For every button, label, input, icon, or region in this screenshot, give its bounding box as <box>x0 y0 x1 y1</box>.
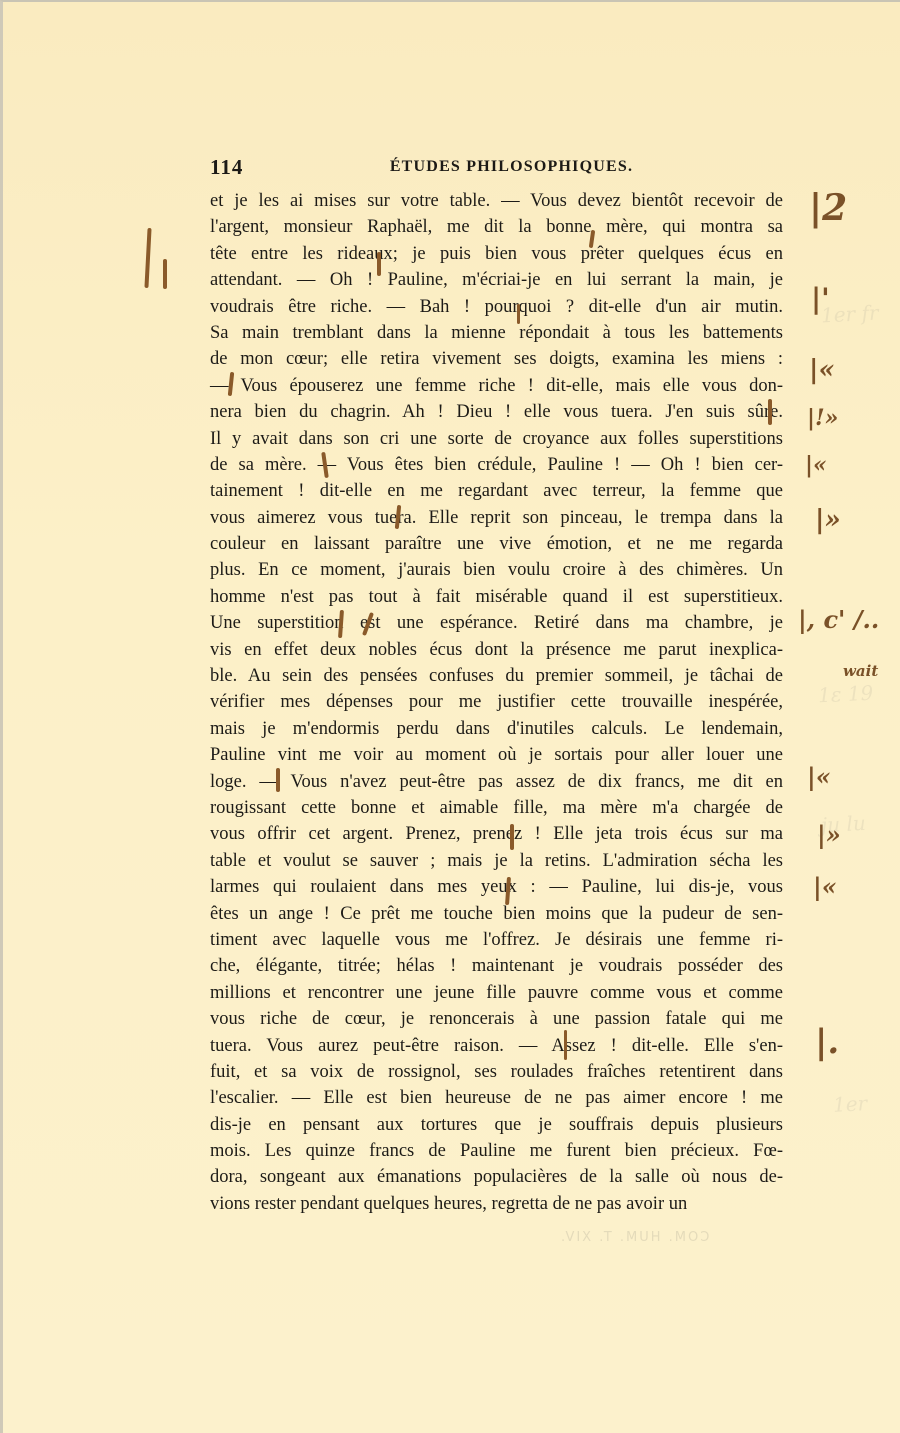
bleed-through-handwriting: 1ε 19 <box>817 681 873 708</box>
text-line: Il y avait dans son cri une sorte de cro… <box>210 426 783 452</box>
text-line: vous aimerez vous tuera. Elle reprit son… <box>210 505 783 531</box>
text-line: mois. Les quinze francs de Pauline me fu… <box>210 1138 783 1164</box>
margin-annotation-right: |» <box>817 820 841 849</box>
text-line: vions rester pendant quelques heures, re… <box>210 1191 783 1217</box>
text-line: larmes qui roulaient dans mes yeux : — P… <box>210 874 783 900</box>
margin-annotation-right: wait <box>843 662 878 680</box>
text-line: Une superstition est une espérance. Reti… <box>210 610 783 636</box>
margin-annotation-right: |» <box>815 505 841 535</box>
text-line: plus. En ce moment, j'aurais bien voulu … <box>210 557 783 583</box>
text-line: voudrais être riche. — Bah ! pourquoi ? … <box>210 294 783 320</box>
proof-mark <box>510 824 514 850</box>
text-line: vérifier mes dépenses pour me justifier … <box>210 689 783 715</box>
text-line: tainement ! dit-elle en me regardant ave… <box>210 478 783 504</box>
text-line: millions et rencontrer une jeune fille p… <box>210 980 783 1006</box>
text-line: ble. Au sein des pensées confuses du pre… <box>210 663 783 689</box>
text-line: de mon cœur; elle retira vivement ses do… <box>210 346 783 372</box>
margin-annotation-right: |« <box>809 355 835 385</box>
proof-mark <box>768 399 772 425</box>
running-head: ÉTUDES PHILOSOPHIQUES. <box>210 158 783 176</box>
text-line: Pauline vint me voir au moment où je sor… <box>210 742 783 768</box>
text-line: êtes un ange ! Ce prêt me touche bien mo… <box>210 901 783 927</box>
bleed-through-handwriting: 1er <box>832 1091 867 1117</box>
margin-annotation-left <box>144 228 151 288</box>
proof-mark <box>564 1030 567 1060</box>
text-line: attendant. — Oh ! Pauline, m'écriai-je e… <box>210 267 783 293</box>
text-line: l'escalier. — Elle est bien heureuse de … <box>210 1085 783 1111</box>
text-line: loge. — Vous n'avez peut-être pas assez … <box>210 769 783 795</box>
margin-annotation-right: |« <box>813 872 837 901</box>
text-line: couleur en laissant paraître une vive ém… <box>210 531 783 557</box>
margin-annotation-right: |« <box>807 762 831 791</box>
text-line: Sa main tremblant dans la mienne réponda… <box>210 320 783 346</box>
text-line: table et voulut se sauver ; mais je la r… <box>210 848 783 874</box>
text-line: nera bien du chagrin. Ah ! Dieu ! elle v… <box>210 399 783 425</box>
text-line: tuera. Vous aurez peut-être raison. — As… <box>210 1033 783 1059</box>
margin-annotation-right: |' <box>811 282 830 315</box>
text-line: l'argent, monsieur Raphaël, me dit la bo… <box>210 214 783 240</box>
text-line: tête entre les rideaux; je puis bien vou… <box>210 241 783 267</box>
margin-annotation-right: |, c' /.. <box>798 605 879 634</box>
text-line: timent avec laquelle vous me l'offrez. J… <box>210 927 783 953</box>
scanned-page: COM. HUM. T. XIV. 1er fr 1ε 19 ju lu 1er… <box>0 0 900 1433</box>
text-line: vis en effet deux nobles écus dont la pr… <box>210 637 783 663</box>
text-line: rougissant cette bonne et aimable fille,… <box>210 795 783 821</box>
bleed-through-footer: COM. HUM. T. XIV. <box>559 1230 709 1245</box>
margin-annotation-right: |« <box>805 452 827 478</box>
margin-annotation-left <box>163 259 167 289</box>
text-line: dis-je en pensant aux tortures que je so… <box>210 1112 783 1138</box>
text-line: mais je m'endormis perdu dans d'inutiles… <box>210 716 783 742</box>
proof-mark <box>517 304 520 324</box>
text-line: homme n'est pas tout à fait misérable qu… <box>210 584 783 610</box>
proof-mark <box>276 768 280 792</box>
proof-mark <box>377 252 381 276</box>
text-line: vous offrir cet argent. Prenez, prenez !… <box>210 821 783 847</box>
text-line: vous riche de cœur, je renoncerais à une… <box>210 1006 783 1032</box>
text-line: de sa mère. — Vous êtes bien crédule, Pa… <box>210 452 783 478</box>
text-line: fuit, et sa voix de rossignol, ses roula… <box>210 1059 783 1085</box>
margin-annotation-right: |. <box>815 1022 839 1062</box>
text-line: dora, songeant aux émanations populacièr… <box>210 1164 783 1190</box>
text-line: — Vous épouserez une femme riche ! dit-e… <box>210 373 783 399</box>
text-line: che, élégante, titrée; hélas ! maintenan… <box>210 953 783 979</box>
margin-annotation-right: |!» <box>807 405 838 431</box>
text-line: et je les ai mises sur votre table. — Vo… <box>210 188 783 214</box>
page-header: 114 ÉTUDES PHILOSOPHIQUES. <box>210 155 783 181</box>
body-text: et je les ai mises sur votre table. — Vo… <box>210 188 783 1217</box>
margin-annotation-right: |2 <box>809 187 847 229</box>
